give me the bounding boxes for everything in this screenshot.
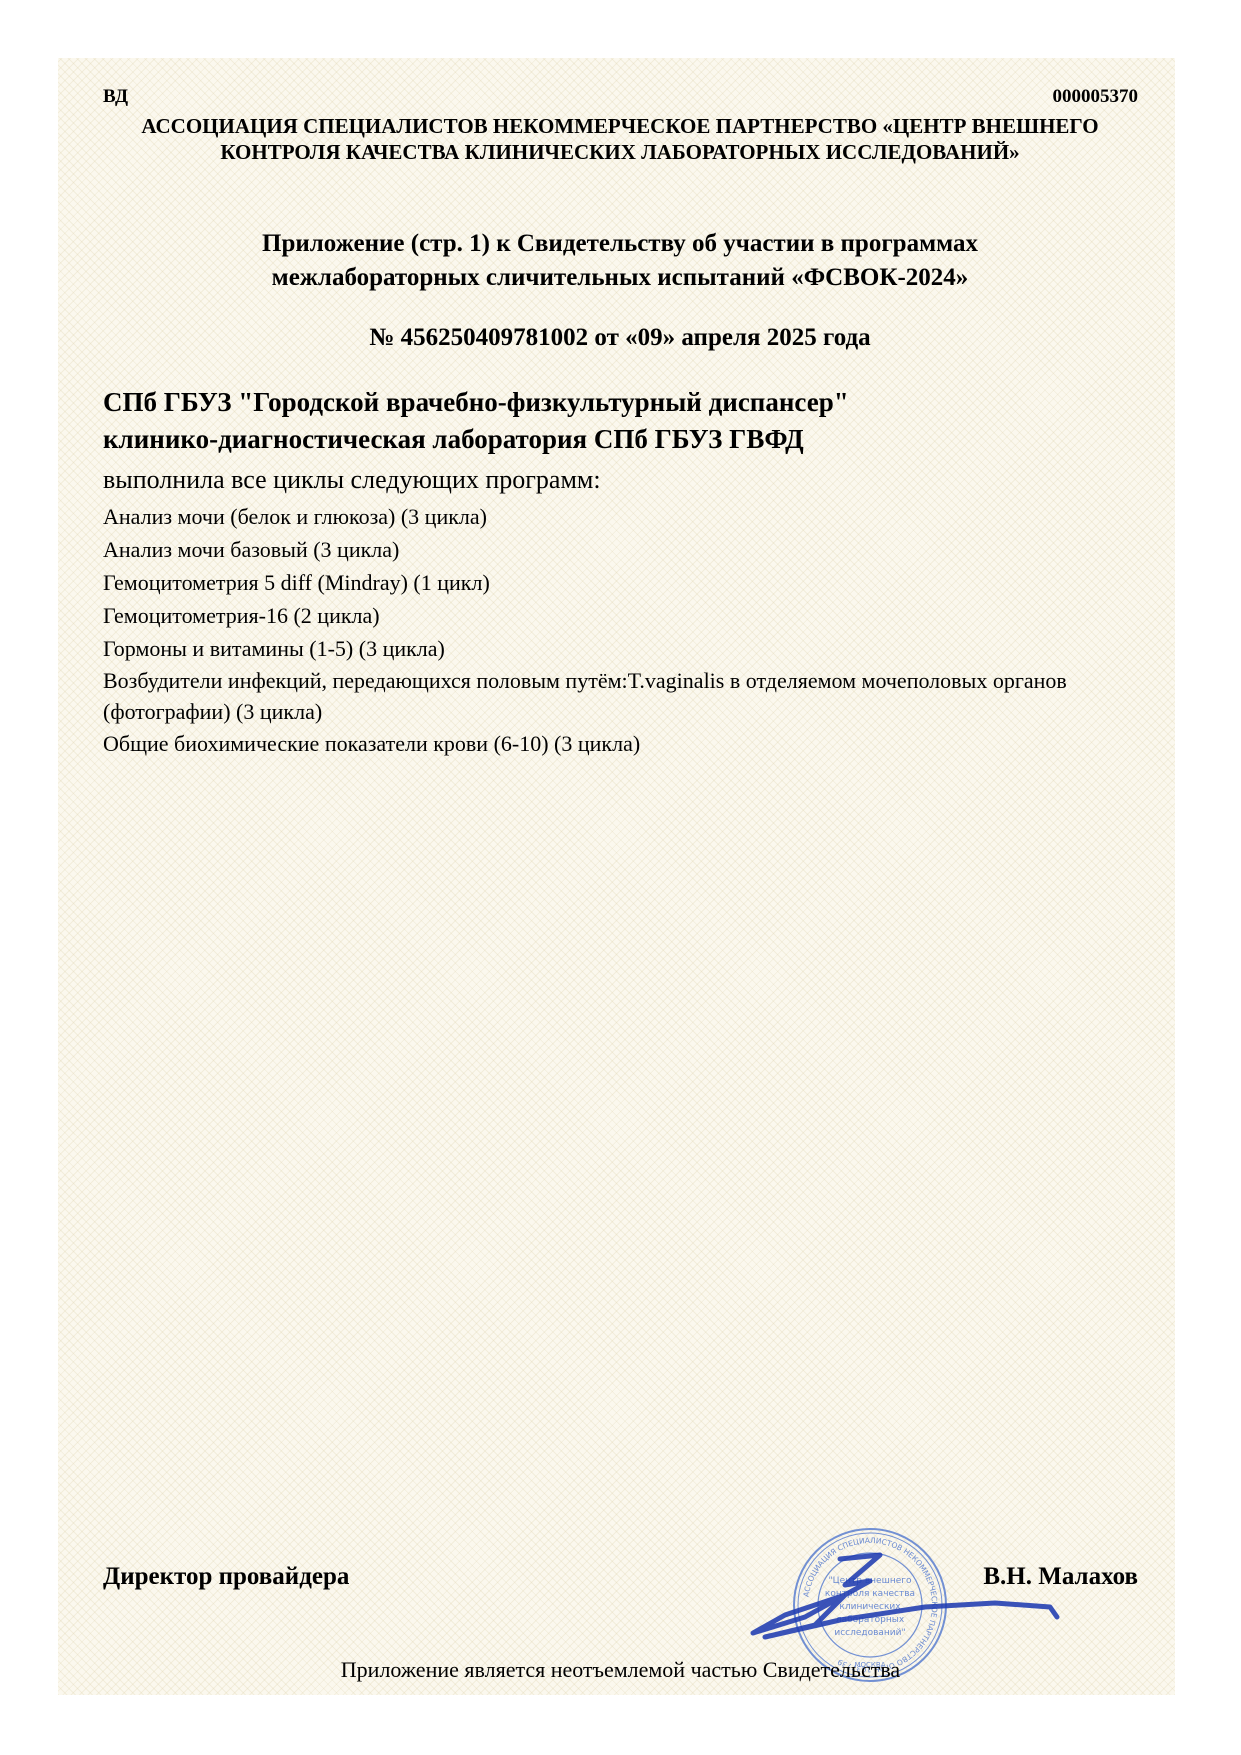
organization-name: АССОЦИАЦИЯ СПЕЦИАЛИСТОВ НЕКОММЕРЧЕСКОЕ П…: [130, 113, 1110, 165]
document-title: Приложение (стр. 1) к Свидетельству об у…: [120, 227, 1120, 295]
program-item: Общие биохимические показатели крови (6-…: [103, 727, 1133, 760]
signatory-position: Директор провайдера: [103, 1563, 349, 1591]
certificate-number: № 456250409781002 от «09» апреля 2025 го…: [120, 321, 1120, 355]
program-item: Гормоны и витамины (1-5) (3 цикла): [103, 632, 1133, 665]
title-line-1: Приложение (стр. 1) к Свидетельству об у…: [120, 227, 1120, 261]
serial-number: 000005370: [1053, 86, 1139, 108]
title-line-2: межлабораторных сличительных испытаний «…: [120, 261, 1120, 295]
program-item: Анализ мочи (белок и глюкоза) (3 цикла): [103, 500, 1133, 533]
certificate-sheet: [58, 58, 1175, 1695]
programs-intro: выполнила все циклы следующих программ:: [103, 464, 601, 496]
participant-name: СПб ГБУЗ "Городской врачебно-физкультурн…: [103, 384, 849, 458]
program-item: Анализ мочи базовый (3 цикла): [103, 533, 1133, 566]
handwritten-signature-icon: [745, 1545, 1065, 1645]
participant-line-1: СПб ГБУЗ "Городской врачебно-физкультурн…: [103, 384, 849, 421]
program-item: Гемоцитометрия 5 diff (Mindray) (1 цикл): [103, 566, 1133, 599]
program-list: Анализ мочи (белок и глюкоза) (3 цикла) …: [103, 500, 1133, 760]
program-item: Возбудители инфекций, передающихся полов…: [103, 665, 1133, 727]
participant-line-2: клинико-диагностическая лаборатория СПб …: [103, 421, 849, 458]
series-code: ВД: [103, 86, 128, 108]
footer-note: Приложение является неотъемлемой частью …: [0, 1657, 1241, 1683]
program-item: Гемоцитометрия-16 (2 цикла): [103, 599, 1133, 632]
